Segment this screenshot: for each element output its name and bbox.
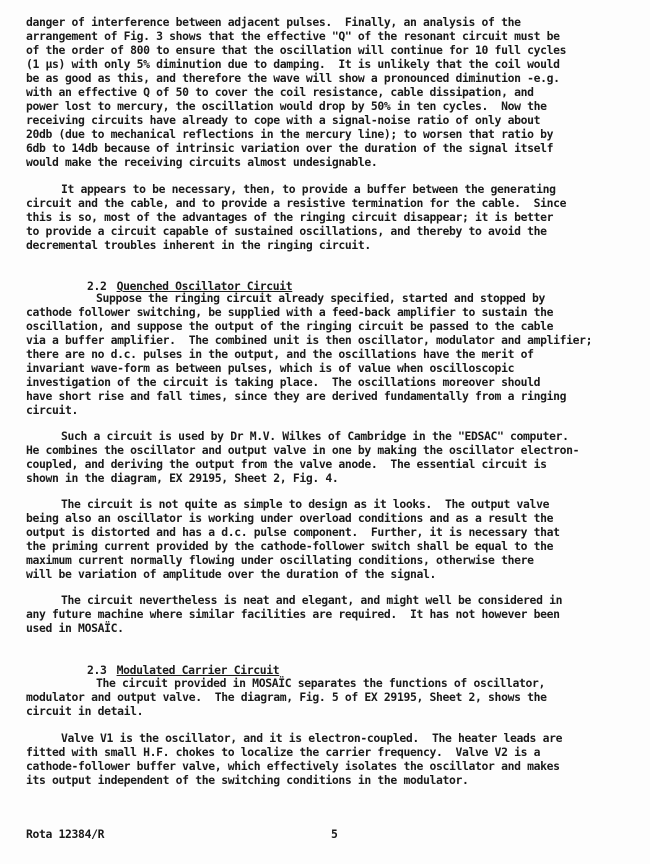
section-number: 2.3: [87, 663, 107, 677]
text-line: The circuit nevertheless is neat and ele…: [61, 593, 562, 607]
text-line: The circuit is not quite as simple to de…: [61, 497, 549, 511]
text-line: of the order of 800 to ensure that the o…: [26, 43, 566, 57]
text-line: with an effective Q of 50 to cover the c…: [26, 85, 534, 99]
text-line: danger of interference between adjacent …: [26, 15, 521, 29]
text-line: modulator and output valve. The diagram,…: [26, 690, 547, 704]
text-line: cathode follower switching, be supplied …: [26, 305, 553, 319]
text-line: 20db (due to mechanical reflections in t…: [26, 127, 553, 141]
text-line: being also an oscillator is working unde…: [26, 511, 553, 525]
text-line: would make the receiving circuits almost…: [26, 155, 377, 169]
text-line: have short rise and fall times, since th…: [26, 389, 566, 403]
text-line: cathode-follower buffer valve, which eff…: [26, 759, 560, 773]
text-line: (1 µs) with only 5% diminution due to da…: [26, 57, 560, 71]
footer-reference: Rota 12384/R: [26, 827, 104, 841]
text-line: Such a circuit is used by Dr M.V. Wilkes…: [61, 429, 569, 443]
text-line: Suppose the ringing circuit already spec…: [96, 291, 545, 305]
text-line: arrangement of Fig. 3 shows that the eff…: [26, 29, 560, 43]
text-line: The circuit provided in MOSAÏC separates…: [96, 676, 545, 690]
text-line: investigation of the circuit is taking p…: [26, 375, 540, 389]
text-line: shown in the diagram, EX 29195, Sheet 2,…: [26, 471, 338, 485]
text-line: oscillation, and suppose the output of t…: [26, 319, 553, 333]
text-line: be as good as this, and therefore the wa…: [26, 71, 560, 85]
text-line: there are no d.c. pulses in the output, …: [26, 347, 534, 361]
text-line: circuit.: [26, 403, 78, 417]
text-line: used in MOSAÏC.: [26, 621, 124, 635]
text-line: receiving circuits have already to cope …: [26, 113, 540, 127]
text-line: via a buffer amplifier. The combined uni…: [26, 333, 592, 347]
section-title: Modulated Carrier Circuit: [117, 663, 280, 677]
text-line: It appears to be necessary, then, to pro…: [61, 182, 556, 196]
document-page: danger of interference between adjacent …: [0, 0, 650, 864]
text-line: coupled, and deriving the output from th…: [26, 457, 547, 471]
text-line: its output independent of the switching …: [26, 773, 469, 787]
text-line: this is so, most of the advantages of th…: [26, 210, 553, 224]
text-line: decremental troubles inherent in the rin…: [26, 238, 371, 252]
text-line: circuit and the cable, and to provide a …: [26, 196, 566, 210]
text-line: Valve V1 is the oscillator, and it is el…: [61, 731, 562, 745]
text-line: the priming current provided by the cath…: [26, 539, 553, 553]
text-line: any future machine where similar facilit…: [26, 607, 560, 621]
text-line: will be variation of amplitude over the …: [26, 567, 436, 581]
text-line: He combines the oscillator and output va…: [26, 443, 579, 457]
text-line: output is distorted and has a d.c. pulse…: [26, 525, 560, 539]
text-line: maximum current normally flowing under o…: [26, 553, 534, 567]
text-line: 6db to 14db because of intrinsic variati…: [26, 141, 553, 155]
text-line: invariant wave-form as between pulses, w…: [26, 361, 514, 375]
text-line: power lost to mercury, the oscillation w…: [26, 99, 547, 113]
text-line: fitted with small H.F. chokes to localiz…: [26, 745, 540, 759]
page-number: 5: [331, 827, 338, 841]
text-line: to provide a circuit capable of sustaine…: [26, 224, 547, 238]
text-line: circuit in detail.: [26, 704, 143, 718]
